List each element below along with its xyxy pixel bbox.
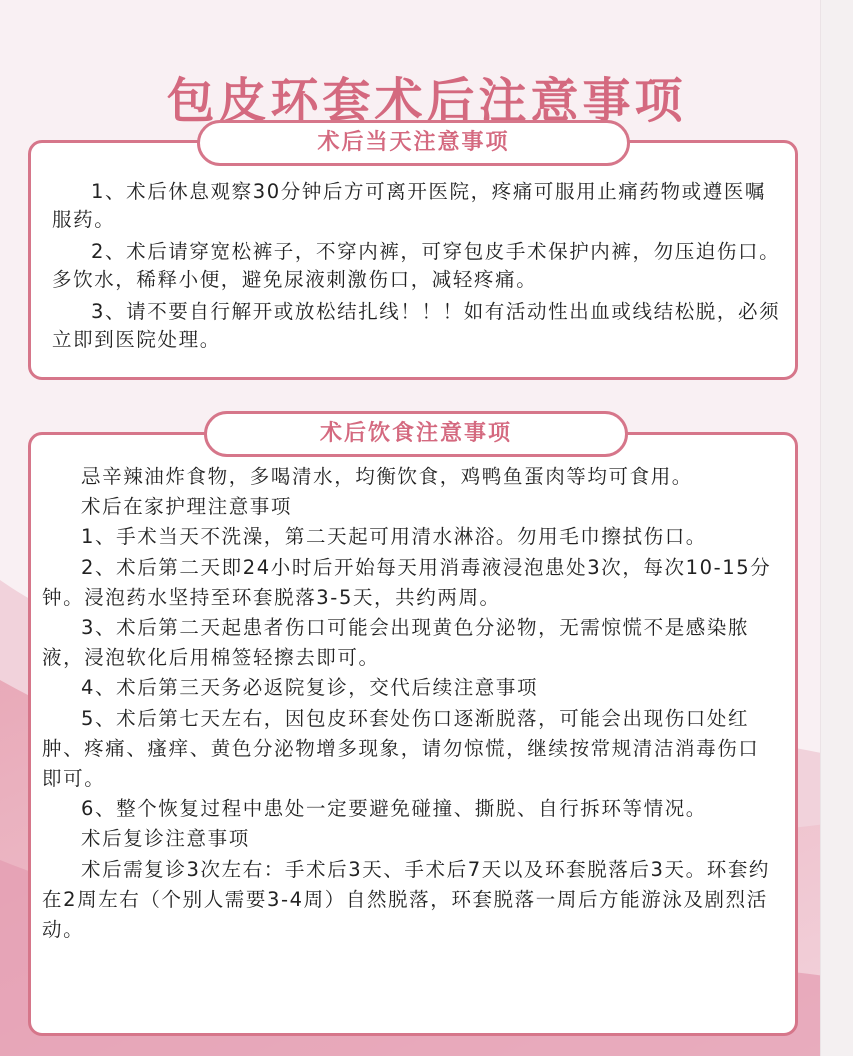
- paragraph: 2、术后请穿宽松裤子，不穿内裤，可穿包皮手术保护内裤，勿压迫伤口。多饮水，稀释小…: [52, 238, 782, 294]
- home-care-item: 3、术后第二天起患者伤口可能会出现黄色分泌物，无需惊慌不是感染脓液，浸泡软化后用…: [42, 613, 777, 673]
- home-care-item: 6、整个恢复过程中患处一定要避免碰撞、撕脱、自行拆环等情况。: [42, 794, 777, 824]
- section-content-same-day: 1、术后休息观察30分钟后方可离开医院，疼痛可服用止痛药物或遵医嘱服药。 2、术…: [52, 178, 782, 354]
- home-care-heading: 术后在家护理注意事项: [42, 492, 777, 522]
- section-heading-same-day: 术后当天注意事项: [197, 120, 630, 166]
- home-care-item: 1、手术当天不洗澡，第二天起可用清水淋浴。勿用毛巾擦拭伤口。: [42, 522, 777, 552]
- section-content-diet: 忌辛辣油炸食物，多喝清水，均衡饮食，鸡鸭鱼蛋肉等均可食用。 术后在家护理注意事项…: [42, 462, 777, 945]
- followup-heading: 术后复诊注意事项: [42, 824, 777, 854]
- section-heading-diet: 术后饮食注意事项: [204, 411, 628, 457]
- followup-paragraph: 术后需复诊3次左右：手术后3天、手术后7天以及环套脱落后3天。环套约在2周左右（…: [42, 855, 777, 946]
- home-care-item: 4、术后第三天务必返院复诊，交代后续注意事项: [42, 673, 777, 703]
- diet-paragraph: 忌辛辣油炸食物，多喝清水，均衡饮食，鸡鸭鱼蛋肉等均可食用。: [42, 462, 777, 492]
- paragraph: 1、术后休息观察30分钟后方可离开医院，疼痛可服用止痛药物或遵医嘱服药。: [52, 178, 782, 234]
- paragraph: 3、请不要自行解开或放松结扎线！！！如有活动性出血或线结松脱，必须立即到医院处理…: [52, 298, 782, 354]
- background-right-strip: [820, 0, 853, 1056]
- home-care-item: 2、术后第二天即24小时后开始每天用消毒液浸泡患处3次，每次10-15分钟。浸泡…: [42, 553, 777, 613]
- home-care-item: 5、术后第七天左右，因包皮环套处伤口逐渐脱落，可能会出现伤口处红肿、疼痛、瘙痒、…: [42, 704, 777, 795]
